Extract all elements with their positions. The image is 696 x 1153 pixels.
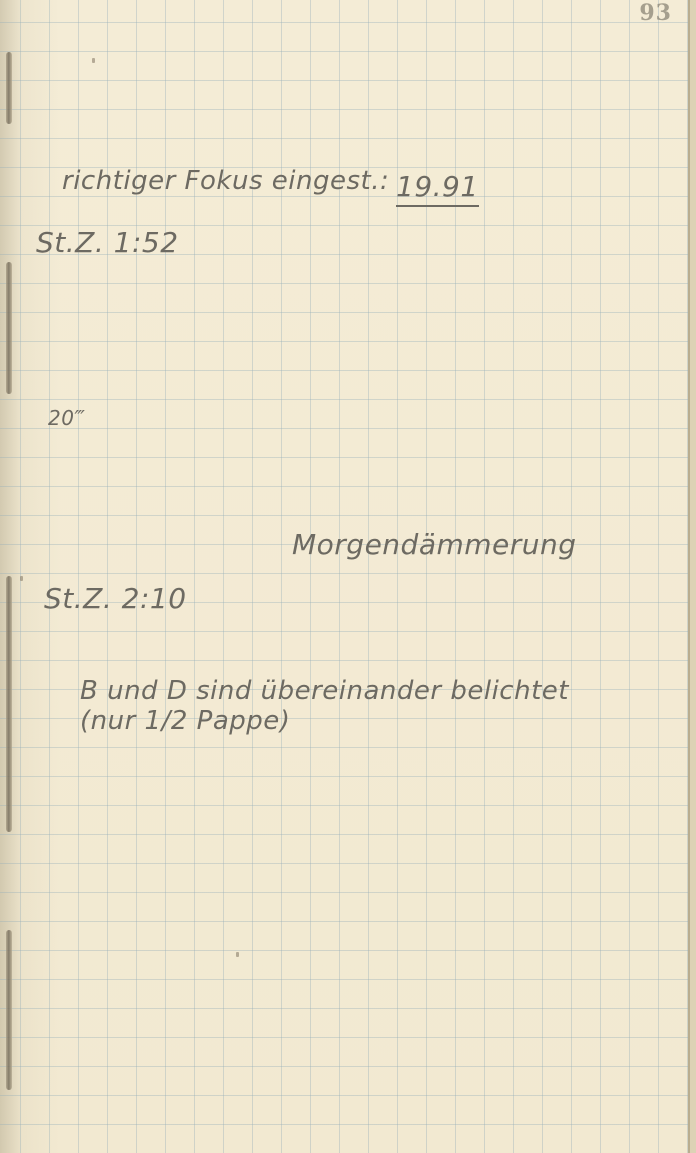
notebook-page: 93 richtiger Fokus eingest.: 19.91 St.Z.… (0, 0, 696, 1153)
page-edge-strip (690, 0, 696, 1153)
note-focus-label: richtiger Fokus eingest.: (62, 166, 389, 196)
note-exposure: 20‴ (48, 406, 85, 430)
note-dawn: Morgendämmerung (292, 528, 577, 561)
binding-stitch (6, 262, 12, 394)
ink-speck (92, 58, 95, 63)
binding-stitch (6, 930, 12, 1090)
note-half-cardboard: (nur 1/2 Pappe) (80, 706, 290, 736)
ink-speck (236, 952, 239, 957)
page-number: 93 (639, 0, 672, 26)
note-sidereal-time-2: St.Z. 2:10 (44, 582, 187, 615)
note-double-exposure: B und D sind übereinander belichtet (80, 676, 569, 706)
ink-speck (20, 576, 23, 581)
note-sidereal-time-1: St.Z. 1:52 (36, 226, 179, 259)
binding-stitch (6, 576, 12, 832)
note-focus-value: 19.91 (396, 170, 479, 207)
page-edge-line (688, 0, 690, 1153)
binding-stitch (6, 52, 12, 124)
